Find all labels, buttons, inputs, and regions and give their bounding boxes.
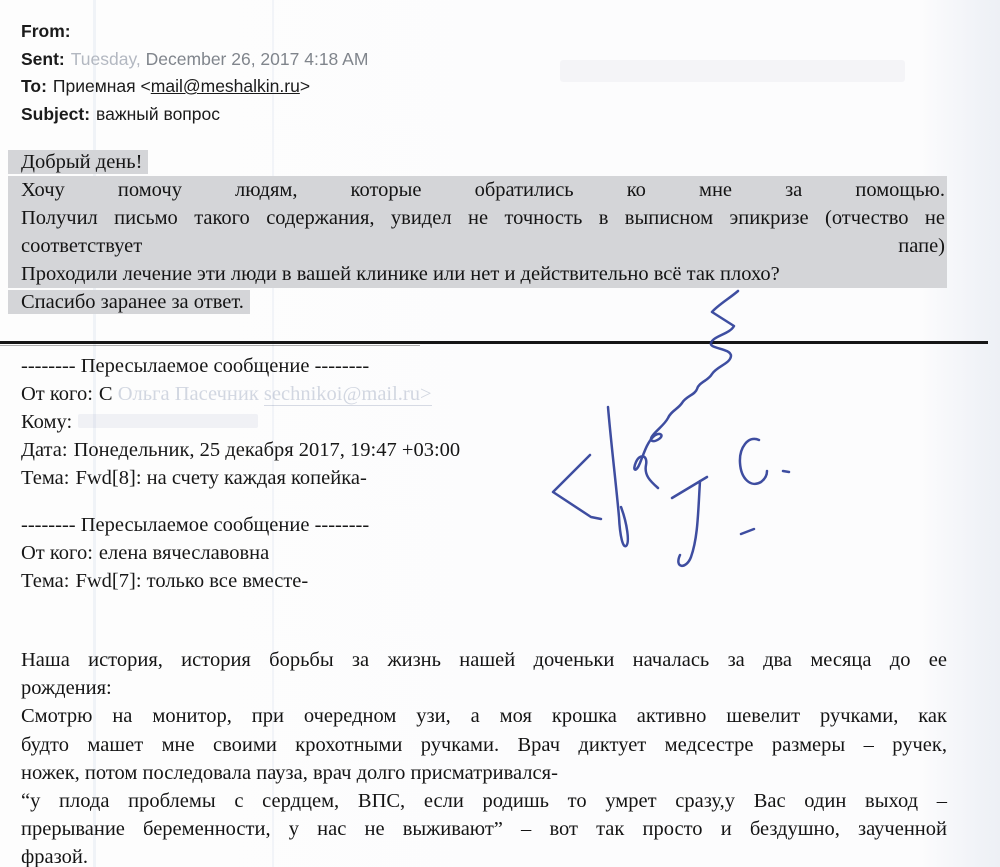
forward-from-line: От кого:елена вячеславовна — [21, 539, 951, 567]
erased-sender-email: sechnikoi@mail.ru> — [264, 383, 432, 406]
date-label: Дата: — [21, 439, 68, 461]
from-label: From: — [21, 21, 71, 41]
from-label: От кого: — [21, 383, 93, 405]
forward-separator: -------- Пересылаемое сообщение -------- — [21, 352, 951, 380]
subject-label: Тема: — [21, 467, 69, 489]
header-from-line: From: — [21, 18, 951, 46]
forwarded-message-2: -------- Пересылаемое сообщение --------… — [21, 511, 951, 595]
header-subject-line: Subject:важный вопрос — [21, 101, 951, 129]
story-line: Смотрю на монитор, при очередном узи, а … — [21, 702, 947, 730]
story-line: “у плода проблемы с сердцем, ВПС, если р… — [21, 787, 947, 815]
erased-sender-name: Ольга Пасечник — [118, 383, 259, 405]
bracket-open: < — [141, 76, 151, 96]
erased-recipient — [78, 414, 258, 428]
forward-subject-line: Тема:Fwd[7]: только все вместе- — [21, 567, 951, 595]
body-line-right-word: папе) — [898, 232, 945, 260]
header-sent-line: Sent:Tuesday, December 26, 2017 4:18 AM — [21, 46, 951, 74]
forward-separator: -------- Пересылаемое сообщение -------- — [21, 511, 951, 539]
date-value: Понедельник, 25 декабря 2017, 19:47 +03:… — [74, 439, 461, 461]
divider-line — [0, 341, 988, 344]
story-line: Наша история, история борьбы за жизнь на… — [21, 646, 947, 674]
subject-label: Subject: — [21, 104, 90, 124]
greeting-text: Добрый день! — [8, 150, 148, 174]
story-line: будто машет мне своими крохотными ручкам… — [21, 731, 947, 759]
forward-from-line: От кого:С Ольга Пасечник sechnikoi@mail.… — [21, 380, 951, 408]
scanned-email-document: From: Sent:Tuesday, December 26, 2017 4:… — [0, 0, 1000, 867]
greeting-line: Добрый день! — [8, 148, 947, 176]
sent-date-faded: Tuesday, — [71, 49, 146, 69]
body-line: Проходили лечение эти люди в вашей клини… — [8, 260, 947, 288]
body-line-spread: соответствует папе) — [8, 232, 947, 260]
forward-date-line: Дата:Понедельник, 25 декабря 2017, 19:47… — [21, 436, 951, 464]
body-line: Получил письмо такого содержания, увидел… — [8, 204, 947, 232]
story-line: ножек, потом последовала пауза, врач дол… — [21, 759, 947, 787]
subject-value: Fwd[8]: на счету каждая копейка- — [75, 467, 366, 489]
email-header: From: Sent:Tuesday, December 26, 2017 4:… — [21, 18, 951, 128]
from-value: елена вячеславовна — [99, 542, 269, 564]
subject-value: важный вопрос — [96, 104, 220, 124]
subject-value: Fwd[7]: только все вместе- — [75, 570, 308, 592]
from-partial-char: С — [99, 383, 113, 405]
body-line-justified: Хочу помочу людям, которые обратились ко… — [8, 176, 947, 204]
from-label: От кого: — [21, 542, 93, 564]
body-line-left-word: соответствует — [21, 232, 142, 260]
recipient-email-link[interactable]: mail@meshalkin.ru — [151, 76, 300, 96]
sent-date: December 26, 2017 4:18 AM — [146, 49, 369, 69]
header-to-line: To:Приемная <mail@meshalkin.ru> — [21, 73, 951, 101]
sent-label: Sent: — [21, 49, 65, 69]
subject-label: Тема: — [21, 570, 69, 592]
story-line: рождения: — [21, 674, 947, 702]
closing-text: Спасибо заранее за ответ. — [8, 290, 250, 314]
forward-to-line: Кому: — [21, 408, 951, 436]
handwritten-signature-ink — [520, 285, 810, 595]
story-text: Наша история, история борьбы за жизнь на… — [21, 646, 947, 867]
bracket-close: > — [300, 76, 310, 96]
to-label: Кому: — [21, 411, 72, 433]
story-line: прерывание беременности, у нас не выжива… — [21, 815, 947, 843]
to-label: To: — [21, 76, 47, 96]
forwarded-message-1: -------- Пересылаемое сообщение --------… — [21, 352, 951, 492]
story-line: фразой. — [21, 843, 947, 867]
forward-subject-line: Тема:Fwd[8]: на счету каждая копейка- — [21, 464, 951, 492]
to-name: Приемная — [53, 76, 136, 96]
